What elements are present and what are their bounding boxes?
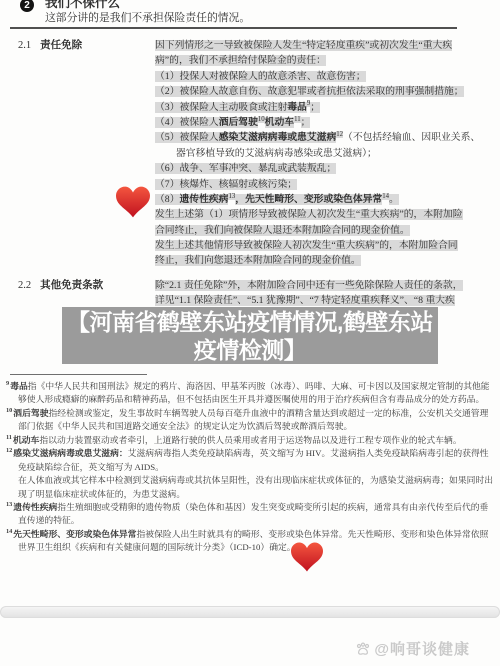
body-line: （1）投保人对被保险人的故意杀害、故意伤害； [155, 69, 480, 84]
section-2-1: 2.1责任免除 因下列情形之一导致被保险人发生“特定轻度重疾”或初次发生“重大疾… [0, 38, 457, 269]
doc-header: 2 我们不保什么 这部分讲的是我们不承担保险责任的情况。 [20, 0, 490, 25]
scanned-insurance-document: 2 我们不保什么 这部分讲的是我们不承担保险责任的情况。 2.1责任免除 因下列… [0, 0, 500, 666]
body-line: （4）被保险人酒后驾驶10机动车11； [155, 115, 480, 130]
footnote-line: 直传递的特征。 [6, 514, 494, 527]
section-2-1-label: 2.1责任免除 [0, 38, 155, 269]
section-num: 2.1 [18, 40, 31, 51]
footnote-marker: 12 [6, 447, 12, 454]
section-2-2-label: 2.2其他免责条款 [0, 278, 155, 309]
heart-sticker-icon [116, 186, 150, 218]
footnote-line: 9毒品指《中华人民共和国刑法》规定的鸦片、海洛因、甲基苯丙胺（冰毒）、吗啡、大麻… [6, 380, 494, 393]
body-line: 病”的，我们不承担给付保险金的责任： [155, 53, 480, 68]
footnote-marker: 9 [6, 380, 9, 387]
footnote-line: 13遗传性疾病指生殖细胞或受精卵的遗传物质（染色体和基因）发生突变或畸变所引起的… [6, 501, 494, 514]
body-line: 发生上述其他情形导致被保险人初次发生“重大疾病”的，本附加险合同 [155, 238, 480, 253]
footnote-marker: 13 [6, 501, 12, 508]
header-divider [10, 27, 457, 29]
body-line: 除“2.1 责任免除”外，本附加险合同中还有一些免除保险人责任的条款， [155, 278, 463, 293]
footnote-line: 免疫缺陷综合征，英文缩写为 AIDS。 [6, 461, 494, 474]
footnote-line: 在人体血液或其它样本中检测到艾滋病病毒或其抗体呈阳性，没有出现临床症状或体征的，… [6, 474, 494, 487]
section-2-2-body: 除“2.1 责任免除”外，本附加险合同中还有一些免除保险人责任的条款，详见“1.… [155, 278, 463, 309]
overlay-caption-line2: 疫情检测】 [62, 336, 438, 364]
body-line: 合同终止，我们向被保险人退还本附加险合同的现金价值。 [155, 223, 480, 238]
footnote-marker: 14 [6, 528, 12, 535]
footnote-line: 够使人形成瘾癖的麻醉药品和精神药品，但不包括由医生开具并遵医嘱使用的用于治疗疾病… [6, 393, 494, 406]
section-name: 其他免责条款 [40, 280, 103, 291]
body-line: 因下列情形之一导致被保险人发生“特定轻度重疾”或初次发生“重大疾 [155, 38, 480, 53]
footnote-line: 现了明显临床症状或体征的，为患艾滋病。 [6, 488, 494, 501]
body-line: 终止，我们向您退还本附加险合同的现金价值。 [155, 253, 480, 268]
paw-icon [355, 641, 371, 657]
doc-subtitle: 这部分讲的是我们不承担保险责任的情况。 [45, 12, 250, 25]
watermark: @响哥谈健康 [355, 638, 470, 659]
doc-title: 我们不保什么 [45, 0, 250, 10]
body-line: （7）核爆炸、核辐射或核污染； [155, 177, 480, 192]
body-line: 器官移植导致的艾滋病病毒感染或患艾滋病）； [155, 146, 480, 161]
body-line: （8）遗传性疾病13，先天性畸形、变形或染色体异常14。 [155, 192, 480, 207]
body-line: （2）被保险人故意自伤、故意犯罪或者抗拒依法采取的刑事强制措施； [155, 84, 480, 99]
watermark-handle: @响哥谈健康 [374, 638, 470, 659]
footnote-marker: 10 [6, 407, 12, 414]
section-2-1-body: 因下列情形之一导致被保险人发生“特定轻度重疾”或初次发生“重大疾病”的，我们不承… [155, 38, 480, 269]
overlay-caption-line1: 【河南省鹤壁东站疫情情况,鹤壁东站 [62, 308, 438, 336]
body-line: （3）被保险人主动吸食或注射毒品9； [155, 100, 480, 115]
footnote-separator [10, 374, 147, 375]
footnote-line: 10酒后驾驶指经检测或鉴定，发生事故时车辆驾驶人员每百毫升血液中的酒精含量达到或… [6, 407, 494, 420]
overlay-caption: 【河南省鹤壁东站疫情情况,鹤壁东站 疫情检测】 [62, 307, 438, 364]
footnote-line: 12感染艾滋病病毒或患艾滋病：艾滋病病毒指人类免疫缺陷病毒，英文缩写为 HIV。… [6, 447, 494, 460]
footnote-line: 11机动车指以动力装置驱动或者牵引，上道路行驶的供人员乘用或者用于运送物品以及进… [6, 434, 494, 447]
footnote-marker: 11 [6, 434, 12, 441]
section-number-badge: 2 [20, 0, 34, 12]
doc-header-text: 我们不保什么 这部分讲的是我们不承担保险责任的情况。 [45, 0, 250, 25]
page-bottom-bar [0, 606, 500, 618]
footnote-line: 世界卫生组织《疾病和有关健康问题的国际统计分类》（ICD-10）确定。 [6, 541, 494, 554]
body-line: 发生上述第（1）项情形导致被保险人初次发生“重大疾病”的，本附加险 [155, 207, 480, 222]
body-line: （5）被保险人感染艾滋病病毒或患艾滋病12（不包括经输血、因职业关系、 [155, 130, 480, 145]
section-num: 2.2 [18, 280, 31, 291]
footnote-line: 14先天性畸形、变形或染色体异常指被保险人出生时就具有的畸形、变形或染色体异常。… [6, 528, 494, 541]
footnotes: 9毒品指《中华人民共和国刑法》规定的鸦片、海洛因、甲基苯丙胺（冰毒）、吗啡、大麻… [6, 380, 494, 555]
footnote-line: 部门依据《中华人民共和国道路交通安全法》的规定认定为饮酒后驾驶或醉酒后驾驶。 [6, 420, 494, 433]
body-line: （6）战争、军事冲突、暴乱或武装叛乱； [155, 161, 480, 176]
section-2-2: 2.2其他免责条款 除“2.1 责任免除”外，本附加险合同中还有一些免除保险人责… [0, 278, 457, 309]
section-name: 责任免除 [40, 40, 82, 51]
heart-sticker-icon [291, 541, 323, 573]
